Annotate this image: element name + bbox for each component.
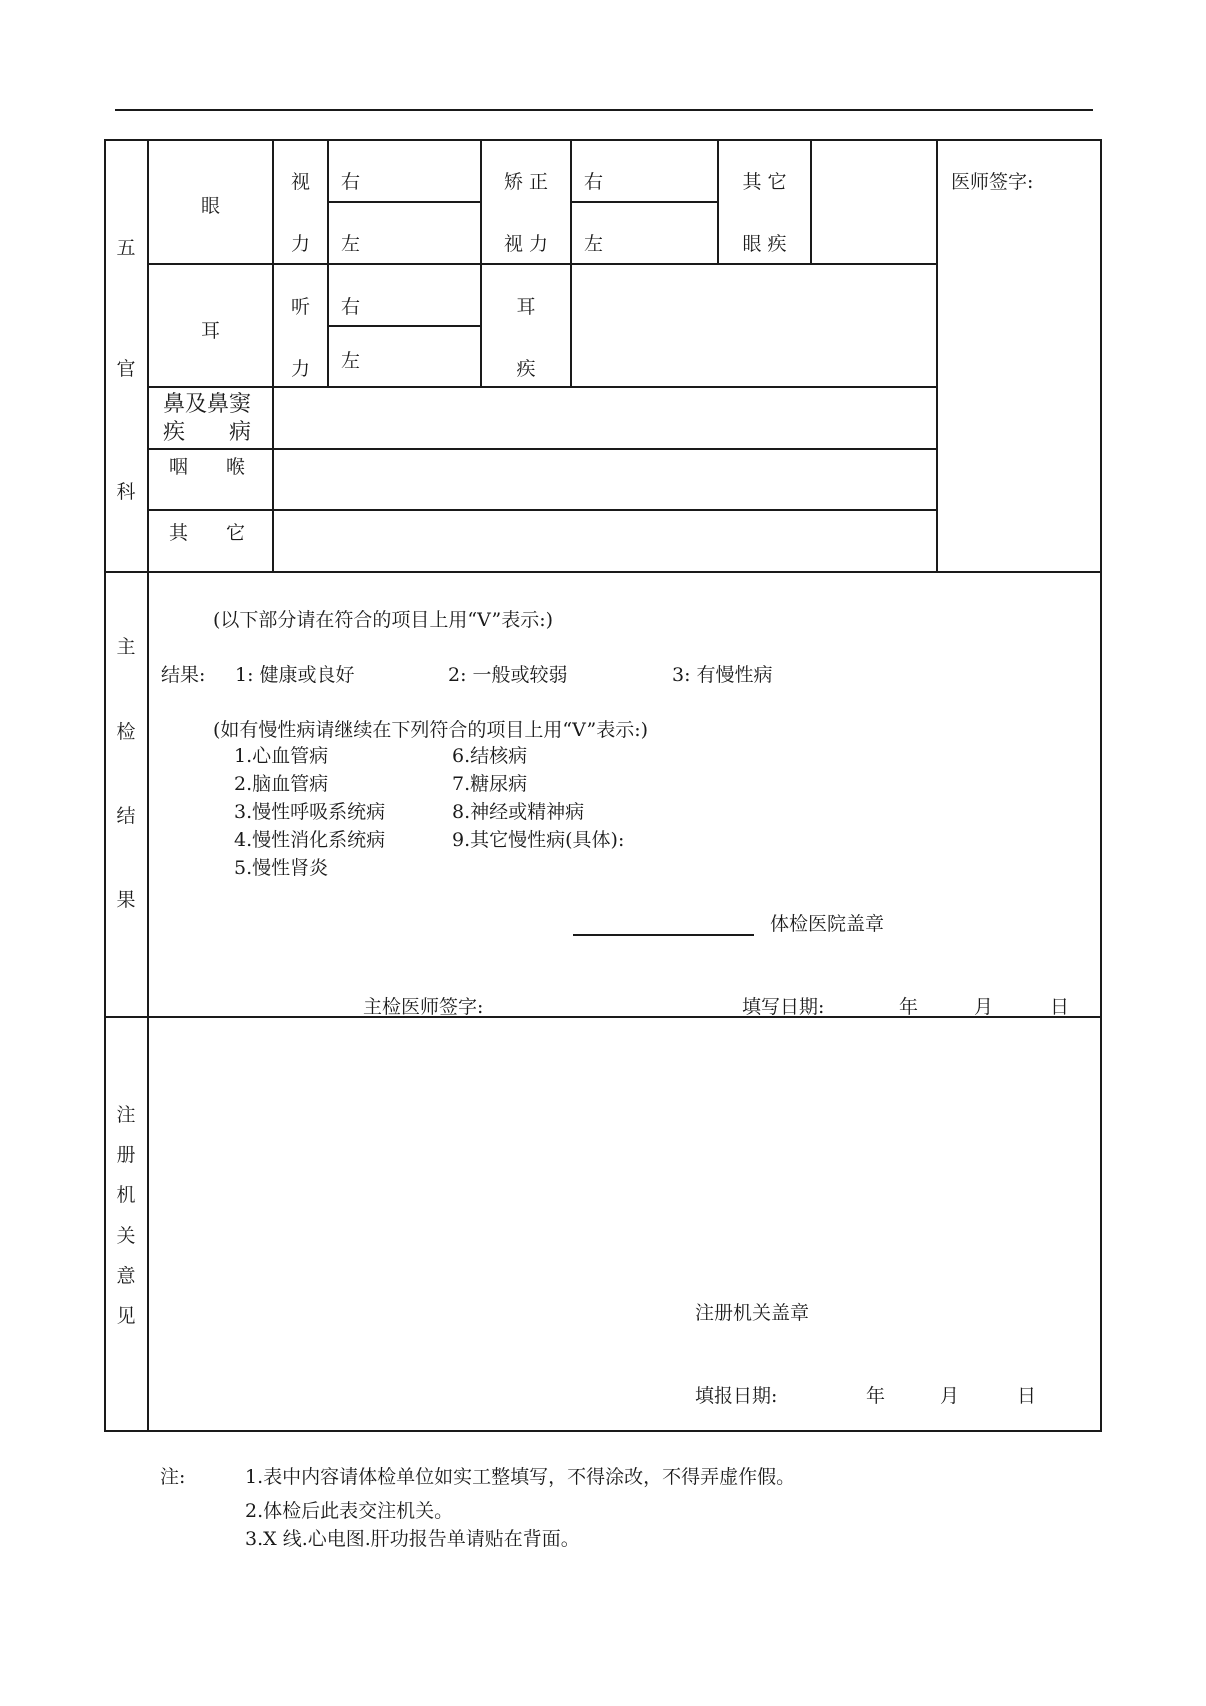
hearing-left-field[interactable] [370,328,478,385]
vision-label-1: 视 [274,171,327,193]
signature-column-divider [936,139,938,572]
vision-left-label: 左 [341,233,360,255]
throat-other-divider [147,509,938,511]
corrected-right-field[interactable] [612,142,715,200]
result-side-label-1: 主 [111,636,141,658]
disease-option[interactable]: 5.慢性肾炎 [234,857,328,879]
result-side-label-4: 果 [111,889,141,911]
hearing-right-label: 右 [341,296,360,318]
vision-right-field[interactable] [370,142,478,200]
facial-other-label: 其 它 [169,522,245,544]
disease-option[interactable]: 4.慢性消化系统病 [234,829,385,851]
table-border-top [104,139,1102,141]
nose-label-2: 疾 病 [163,421,251,445]
table-border-bottom [104,1430,1102,1432]
registry-side-label-4: 关 [111,1225,141,1247]
section-divider-facial [104,571,1102,573]
other-eye-label-1: 其 它 [719,171,810,193]
disease-option[interactable]: 7.糖尿病 [452,773,527,795]
disease-option[interactable]: 6.结核病 [452,745,527,767]
fill-date-label: 填写日期: [742,996,824,1018]
hospital-stamp-line [573,934,754,936]
facial-side-label-2: 官 [111,358,141,380]
ear-disease-field[interactable] [573,266,934,385]
registry-side-label-1: 注 [111,1104,141,1126]
corrected-left-label: 左 [584,233,603,255]
report-date-month[interactable]: 月 [940,1385,959,1407]
nose-sinus-field[interactable] [275,389,934,447]
chief-doctor-signature-label: 主检医师签字: [363,996,483,1018]
table-border-right [1100,139,1102,1432]
note-item: 3.X 线.心电图.肝功报告单请贴在背面。 [245,1528,580,1550]
vision-label-2: 力 [274,233,327,255]
registry-side-label-3: 机 [111,1184,141,1206]
disease-option[interactable]: 2.脑血管病 [234,773,328,795]
doctor-signature-label: 医师签字: [951,171,1033,193]
result-side-label-2: 检 [111,721,141,743]
result-option-average[interactable]: 2: 一般或较弱 [448,664,568,686]
registry-side-label-5: 意 [111,1265,141,1287]
disease-option[interactable]: 9.其它慢性病(具体): [452,829,624,851]
result-label: 结果: [161,664,205,686]
facial-side-label-3: 科 [111,481,141,503]
throat-field[interactable] [275,451,934,508]
facial-side-label-1: 五 [111,237,141,259]
ear-nose-divider [147,386,938,388]
registry-side-label-2: 册 [111,1144,141,1166]
notes-label: 注: [160,1466,185,1488]
ear-label: 耳 [149,320,272,342]
registry-side-label-6: 见 [111,1305,141,1327]
fill-date-month[interactable]: 月 [974,996,993,1018]
eye-label: 眼 [149,195,272,217]
disease-option[interactable]: 3.慢性呼吸系统病 [234,801,385,823]
eye-corrected-sub-divider [570,201,719,203]
note-item: 1.表中内容请体检单位如实工整填写，不得涂改，不得弄虚作假。 [245,1466,795,1488]
corrected-right-label: 右 [584,171,603,193]
report-date-day[interactable]: 日 [1017,1385,1036,1407]
report-date-label: 填报日期: [695,1385,777,1407]
result-instruction-2: (如有慢性病请继续在下列符合的项目上用“V”表示:) [213,719,648,741]
doctor-signature-field[interactable] [940,200,1098,568]
fill-date-year[interactable]: 年 [899,996,918,1018]
table-border-left [104,139,106,1432]
section-divider-result [104,1016,1102,1018]
hearing-label-1: 听 [274,296,327,318]
eye-vision-sub-divider [327,201,482,203]
nose-label-1: 鼻及鼻窦 [163,393,251,417]
hearing-right-field[interactable] [370,266,478,324]
other-eye-disease-field[interactable] [813,142,934,262]
disease-option[interactable]: 8.神经或精神病 [452,801,584,823]
other-eye-label-2: 眼 疾 [719,233,810,255]
facial-other-field[interactable] [275,512,934,569]
ear-hearing-sub-divider [327,325,482,327]
registry-stamp-label: 注册机关盖章 [695,1302,809,1324]
eye-ear-divider [147,263,938,265]
vision-left-field[interactable] [370,204,478,262]
hospital-stamp-label: 体检医院盖章 [770,913,884,935]
corrected-vision-label-1: 矫 正 [482,171,570,193]
corrected-left-field[interactable] [612,204,715,262]
note-item: 2.体检后此表交注机关。 [245,1500,453,1522]
throat-label: 咽 喉 [169,456,245,478]
registry-opinion-field[interactable] [152,1020,1098,1290]
header-rule [115,109,1093,111]
hearing-label-2: 力 [274,358,327,380]
result-side-label-3: 结 [111,805,141,827]
result-instruction-1: (以下部分请在符合的项目上用“V”表示:) [213,609,553,631]
fill-date-day[interactable]: 日 [1050,996,1069,1018]
facial-label-divider [272,139,274,572]
ear-disease-label-2: 疾 [482,358,570,380]
vision-right-label: 右 [341,171,360,193]
nose-throat-divider [147,448,938,450]
corrected-vision-label-2: 视 力 [482,233,570,255]
ear-disease-label-1: 耳 [482,296,570,318]
chief-doctor-signature-field[interactable] [500,990,730,1014]
disease-option[interactable]: 1.心血管病 [234,745,328,767]
hearing-left-label: 左 [341,350,360,372]
other-eye-divider [810,139,812,264]
result-option-chronic[interactable]: 3: 有慢性病 [672,664,773,686]
result-option-healthy[interactable]: 1: 健康或良好 [235,664,355,686]
report-date-year[interactable]: 年 [866,1385,885,1407]
